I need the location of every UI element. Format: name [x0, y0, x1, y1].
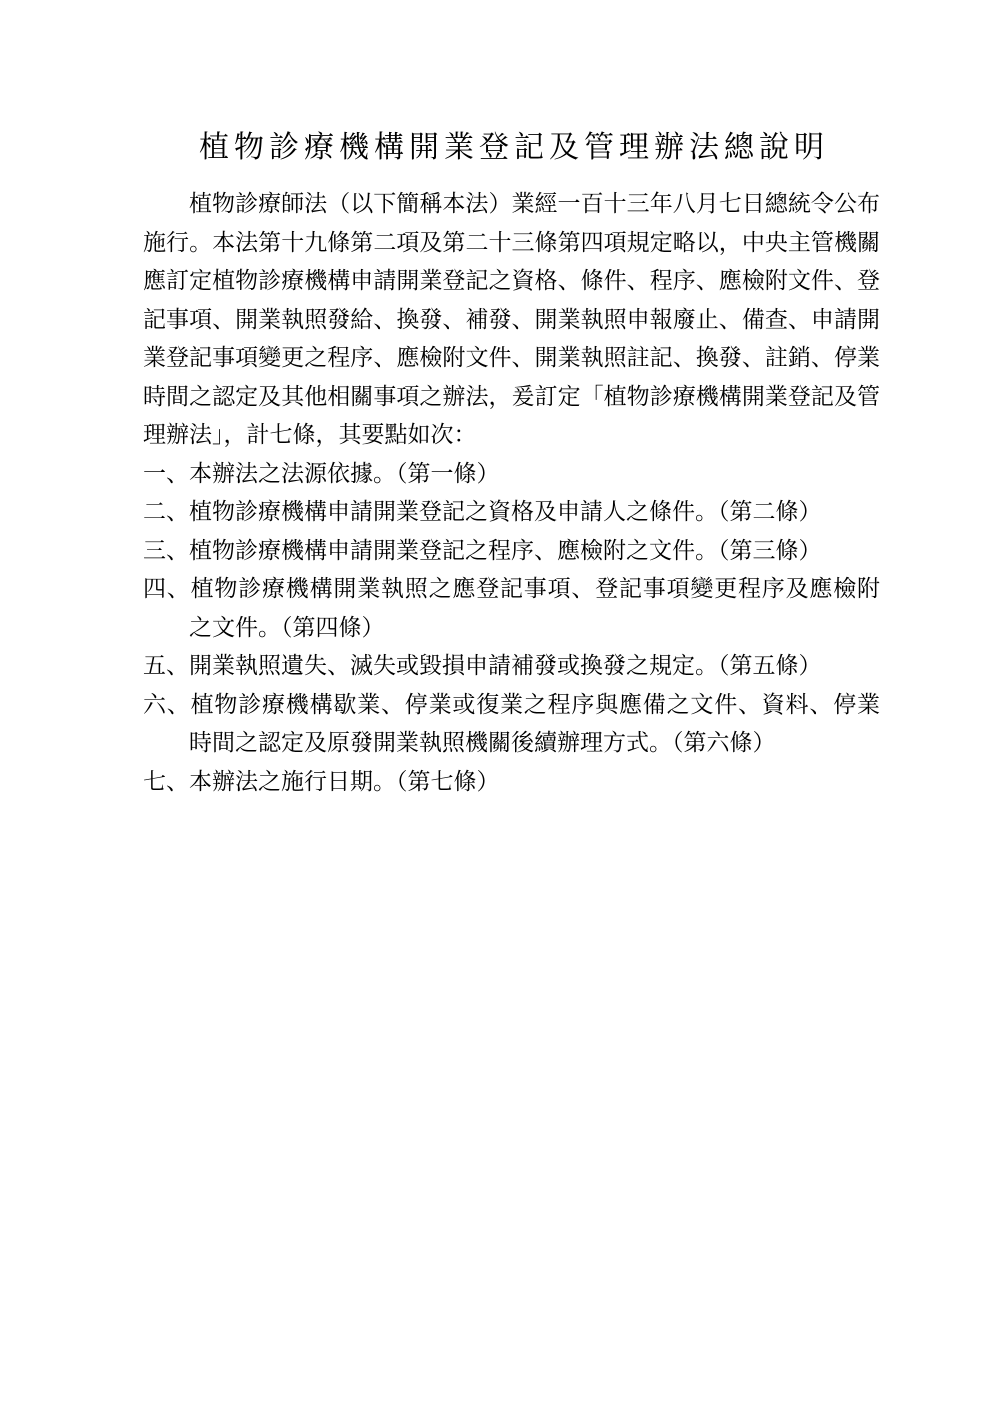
list-item-5: 五、開業執照遺失、滅失或毀損申請補發或換發之規定。（第五條） [143, 647, 880, 686]
list-item-7: 七、本辦法之施行日期。（第七條） [143, 763, 880, 802]
paragraph-line-4: 記事項、開業執照發給、換發、補發、開業執照申報廢止、備查、申請開 [143, 301, 880, 340]
paragraph-line-2: 施行。本法第十九條第二項及第二十三條第四項規定略以，中央主管機關 [143, 224, 880, 263]
paragraph-line-6: 時間之認定及其他相關事項之辦法，爰訂定「植物診療機構開業登記及管 [143, 378, 880, 417]
list-item-6-line-2: 時間之認定及原發開業執照機關後續辦理方式。（第六條） [143, 724, 880, 763]
paragraph-line-5: 業登記事項變更之程序、應檢附文件、開業執照註記、換發、註銷、停業 [143, 339, 880, 378]
paragraph-line-1: 植物診療師法（以下簡稱本法）業經一百十三年八月七日總統令公布 [143, 185, 880, 224]
paragraph-line-7: 理辦法」，計七條，其要點如次： [143, 416, 880, 455]
list-item-4-line-2: 之文件。（第四條） [143, 609, 880, 648]
list-item-6-line-1: 六、植物診療機構歇業、停業或復業之程序與應備之文件、資料、停業 [143, 686, 880, 725]
list-item-3: 三、植物診療機構申請開業登記之程序、應檢附之文件。（第三條） [143, 532, 880, 571]
list-item-1: 一、本辦法之法源依據。（第一條） [143, 455, 880, 494]
list-item-2: 二、植物診療機構申請開業登記之資格及申請人之條件。（第二條） [143, 493, 880, 532]
document-title: 植物診療機構開業登記及管理辦法總說明 [143, 128, 880, 168]
document-content: 植物診療機構開業登記及管理辦法總說明 植物診療師法（以下簡稱本法）業經一百十三年… [143, 128, 880, 801]
paragraph-line-3: 應訂定植物診療機構申請開業登記之資格、條件、程序、應檢附文件、登 [143, 262, 880, 301]
list-item-4-line-1: 四、植物診療機構開業執照之應登記事項、登記事項變更程序及應檢附 [143, 570, 880, 609]
document-page: 植物診療機構開業登記及管理辦法總說明 植物診療師法（以下簡稱本法）業經一百十三年… [0, 0, 1000, 1415]
